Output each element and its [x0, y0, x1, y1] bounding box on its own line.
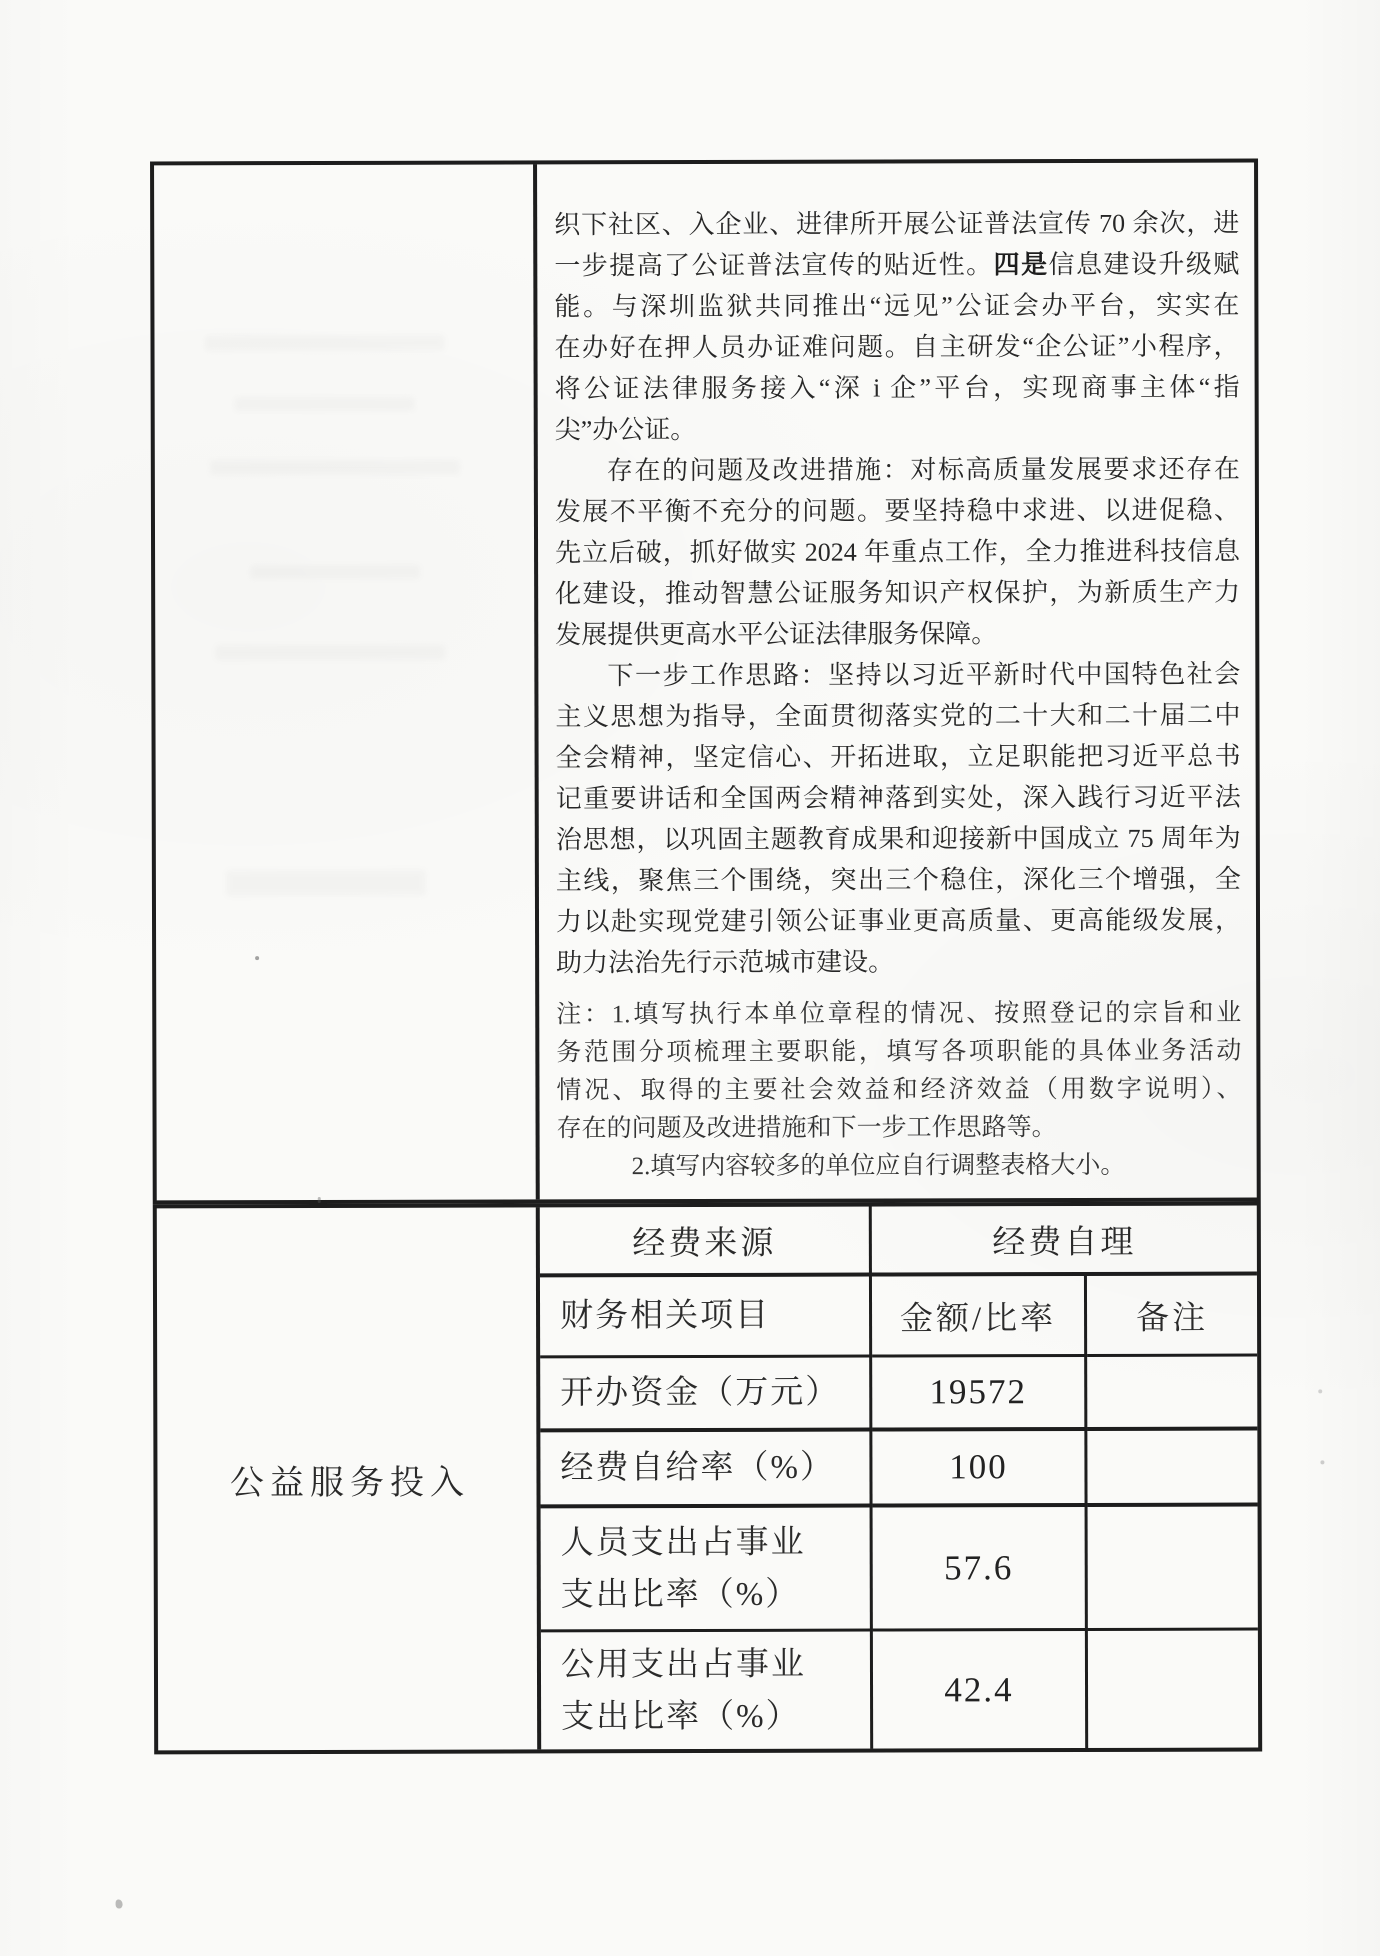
- report-row-label-cell-empty: [154, 164, 540, 1200]
- scan-ghost-mark: [204, 335, 444, 352]
- funding-source-value-cell: 经费自理: [872, 1206, 1257, 1277]
- report-body-line: 下一步工作思路：坚持以习近平新时代中国特色社会: [555, 654, 1240, 697]
- scan-speck: [1320, 1460, 1324, 1464]
- finance-row-amount: 19572: [872, 1357, 1087, 1432]
- funding-source-label: 经费来源: [632, 1216, 776, 1263]
- report-body-line: 记重要讲话和全国两会精神落到实处，深入践行习近平法: [556, 777, 1241, 820]
- report-body-line: 化建设，推动智慧公证服务知识产权保护，为新质生产力: [555, 572, 1240, 615]
- column-header-amount-label: 金额/比率: [900, 1292, 1056, 1339]
- scan-ghost-mark: [235, 397, 415, 411]
- column-header-remark-label: 备注: [1136, 1291, 1208, 1338]
- report-body-line: 一步提高了公证普法宣传的贴近性。四是信息建设升级赋: [554, 244, 1239, 287]
- line-text: 信息建设升级赋: [1048, 250, 1239, 279]
- column-header-item: 财务相关项目: [540, 1277, 872, 1359]
- report-note-line: 情况、取得的主要社会效益和经济效益（用数字说明）、: [556, 1071, 1241, 1111]
- scanned-document-page: 织下社区、入企业、进律所开展公证普法宣传 70 余次，进 一步提高了公证普法宣传…: [0, 0, 1380, 1956]
- funding-source-value: 经费自理: [992, 1215, 1136, 1262]
- finance-row-remark: [1088, 1631, 1258, 1748]
- report-note-line: 注：1.填写执行本单位章程的情况、按照登记的宗旨和业: [556, 995, 1241, 1035]
- scan-speck: [1318, 1389, 1322, 1393]
- finance-section-label-cell: 公益服务投入: [157, 1207, 541, 1750]
- page-content: 织下社区、入企业、进律所开展公证普法宣传 70 余次，进 一步提高了公证普法宣传…: [0, 0, 1380, 1956]
- report-body-line: 能。与深圳监狱共同推出“远见”公证会办平台，实实在: [554, 285, 1239, 328]
- report-body-line: 先立后破，抓好做实 2024 年重点工作，全力推进科技信息: [555, 531, 1240, 574]
- report-body-line: 助力法治先行示范城市建设。: [556, 941, 1241, 984]
- report-content-cell: 织下社区、入企业、进律所开展公证普法宣传 70 余次，进 一步提高了公证普法宣传…: [537, 163, 1257, 1200]
- scan-ghost-mark: [250, 565, 420, 579]
- report-body-text: 织下社区、入企业、进律所开展公证普法宣传 70 余次，进 一步提高了公证普法宣传…: [554, 203, 1241, 984]
- report-notes: 注：1.填写执行本单位章程的情况、按照登记的宗旨和业 务范围分项梳理主要职能，填…: [556, 995, 1241, 1187]
- report-body-line: 在办好在押人员办证难问题。自主研发“企公证”小程序，: [554, 326, 1239, 369]
- report-body-line: 将公证法律服务接入“深 i 企”平台，实现商事主体“指: [555, 367, 1240, 410]
- report-body-line: 主线，聚焦三个围绕，突出三个稳住，深化三个增强，全: [556, 859, 1241, 902]
- finance-row-item: 人员支出占事业 支出比率（%）: [541, 1508, 873, 1633]
- report-body-line: 发展不平衡不充分的问题。要坚持稳中求进、以进促稳、: [555, 490, 1240, 533]
- scan-ghost-mark: [210, 460, 460, 476]
- finance-row-item: 公用支出占事业 支出比率（%）: [541, 1632, 873, 1750]
- column-header-amount: 金额/比率: [872, 1276, 1087, 1358]
- report-note-line: 2.填写内容较多的单位应自行调整表格大小。: [557, 1147, 1242, 1187]
- finance-row-amount: 42.4: [873, 1631, 1088, 1749]
- report-note-line: 存在的问题及改进措施和下一步工作思路等。: [557, 1109, 1242, 1149]
- scan-ghost-mark: [226, 870, 426, 897]
- finance-row-amount: 100: [872, 1431, 1087, 1508]
- finance-section-label: 公益服务投入: [224, 1454, 470, 1504]
- report-body-line: 织下社区、入企业、进律所开展公证普法宣传 70 余次，进: [554, 203, 1239, 246]
- finance-row-item: 开办资金（万元）: [540, 1358, 872, 1433]
- funding-source-label-cell: 经费来源: [540, 1207, 872, 1278]
- finance-row-remark: [1087, 1431, 1257, 1507]
- report-body-line: 存在的问题及改进措施：对标高质量发展要求还存在: [555, 449, 1240, 492]
- scan-ghost-mark: [215, 645, 445, 661]
- emphasis-text: 四是: [994, 250, 1049, 279]
- report-body-line: 尖”办公证。: [555, 408, 1240, 451]
- report-table: 织下社区、入企业、进律所开展公证普法宣传 70 余次，进 一步提高了公证普法宣传…: [150, 159, 1261, 1205]
- report-note-line: 务范围分项梳理主要职能，填写各项职能的具体业务活动: [556, 1033, 1241, 1073]
- scan-speck: [116, 1900, 123, 1909]
- finance-table: 公益服务投入 经费来源 经费自理 财务相关项目 金额/比率 备注 开办资金（万元…: [153, 1202, 1262, 1755]
- report-body-line: 力以赴实现党建引领公证事业更高质量、更高能级发展，: [556, 900, 1241, 943]
- column-header-remark: 备注: [1087, 1276, 1257, 1357]
- finance-row-remark: [1087, 1357, 1257, 1431]
- finance-row-remark: [1088, 1507, 1258, 1631]
- report-body-line: 全会精神，坚定信心、开拓进取，立足职能把习近平总书: [556, 736, 1241, 779]
- finance-row-item: 经费自给率（%）: [540, 1432, 872, 1509]
- finance-row-amount: 57.6: [873, 1507, 1088, 1632]
- line-text: 一步提高了公证普法宣传的贴近性。: [554, 250, 993, 280]
- report-body-line: 发展提供更高水平公证法律服务保障。: [555, 613, 1240, 656]
- report-body-line: 主义思想为指导，全面贯彻落实党的二十大和二十届二中: [555, 695, 1240, 738]
- report-body-line: 治思想，以巩固主题教育成果和迎接新中国成立 75 周年为: [556, 818, 1241, 861]
